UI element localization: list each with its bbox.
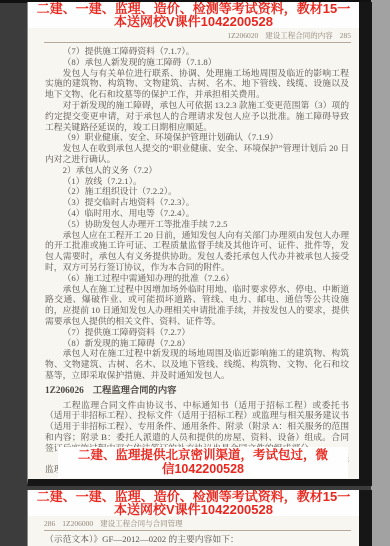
subsection-title: 工程监理合同的内容 [93, 386, 177, 396]
paragraph: （7）提供施工障碍资料（7.2.7） [45, 327, 349, 338]
paragraph: （4）临时用水、用电等（7.2.4）。 [45, 208, 349, 219]
paragraph: 2）承包人的义务（7.2） [45, 165, 349, 176]
scanned-page-285: 二建、一建、监理、造价、检测等考试资料，教材15一 本送网校V课件1042200… [27, 2, 372, 486]
paragraph: 承包人对在施工过程中新发现的场地周围及临近影响施工的建筑物、构筑物、文物建筑、古… [45, 348, 349, 380]
paragraph: 发包人在收到承包人提交的“职业健康、安全、环境保护”管理计划后 20 日内对之进… [45, 143, 349, 165]
paragraph: （6）施工过程中需通知办理的批准（7.2.6） [45, 273, 349, 284]
subsection-code: 1Z206026 [45, 386, 84, 396]
ad-banner-top: 二建、一建、监理、造价、检测等考试资料，教材15一 本送网校V课件1042200… [28, 2, 359, 28]
paragraph: 发包人与有关单位进行联系、协调、处理施工场地周围及临近的影响工程实施的建筑物、构… [45, 68, 349, 100]
ad-banner-bottom-line2: 信1042200528 [58, 462, 348, 476]
paragraph: （9）职业健康、安全、环境保护管理计划确认（7.1.9） [45, 132, 349, 143]
section-code: 1Z206000 [62, 519, 93, 528]
page-header-285: 1Z206020建设工程合同的内容285 [44, 31, 351, 43]
page-header-286: 2861Z206000建设工程合同与合同管理 [44, 519, 351, 531]
subsection-heading: 1Z206026工程监理合同的内容 [45, 386, 349, 397]
paragraph: （示范文本）》GF—2012—0202 的主要内容如下： [45, 534, 349, 545]
ad-banner-bottom: 二建、监理提供北京密训渠道，考试包过，微 信1042200528 [58, 447, 348, 478]
ad-banner-top-line2: 本送网校V课件1042200528 [28, 16, 359, 29]
page2-body-text: （示范文本）》GF—2012—0202 的主要内容如下： [28, 531, 359, 545]
ad-banner-bottom-line1: 二建、监理提供北京密训渠道，考试包过，微 [58, 448, 348, 462]
paragraph: （5）协助发包人办理开工等批准手续 7.2.5 [45, 219, 349, 230]
page-number: 285 [340, 31, 351, 40]
section-code: 1Z206020 [227, 31, 258, 40]
scanned-page-286: 二建、一建、监理、造价、检测等考试资料，教材15一 本送网校V课件1042200… [27, 490, 372, 546]
paragraph: 承包人应在工程开工 20 日前，通知发包人向有关部门办理须由发包人办理的开工批准… [45, 230, 349, 273]
paragraph: （8）新发现的施工障碍（7.2.8） [45, 338, 349, 349]
paragraph: 对于新发现的施工障碍，承包人可依据 13.2.3 款施工变更范围第（3）项的约定… [45, 100, 349, 132]
background-right-strip [371, 0, 390, 546]
paragraph: （3）提交临时占地资料（7.2.3）。 [45, 197, 349, 208]
paragraph: （8）承包人新发现的施工障碍（7.1.8） [45, 57, 349, 68]
paragraph: （1）放线（7.2.1）。 [45, 176, 349, 187]
paragraph: 工程监理合同文件由协议书、中标通知书（适用于招标工程）或委托书（适用于非招标工程… [45, 400, 349, 454]
ad-banner-page2-line2: 本送网校V课件1042200528 [28, 504, 359, 517]
paragraph: （2）施工组织设计（7.2.2）。 [45, 186, 349, 197]
page-number: 286 [44, 519, 55, 528]
ad-banner-page2: 二建、一建、监理、造价、检测等考试资料，教材15一 本送网校V课件1042200… [28, 490, 359, 516]
section-title: 建设工程合同与合同管理 [100, 519, 183, 528]
section-title: 建设工程合同的内容 [265, 31, 333, 40]
paragraph: 承包人在施工过程中因增加场外临时用地、临时要求停水、停电、中断道路交通、爆破作业… [45, 284, 349, 327]
page-body-text: （7）提供施工障碍资料（7.1.7）。 （8）承包人新发现的施工障碍（7.1.8… [28, 43, 359, 475]
paragraph: （7）提供施工障碍资料（7.1.7）。 [45, 46, 349, 57]
